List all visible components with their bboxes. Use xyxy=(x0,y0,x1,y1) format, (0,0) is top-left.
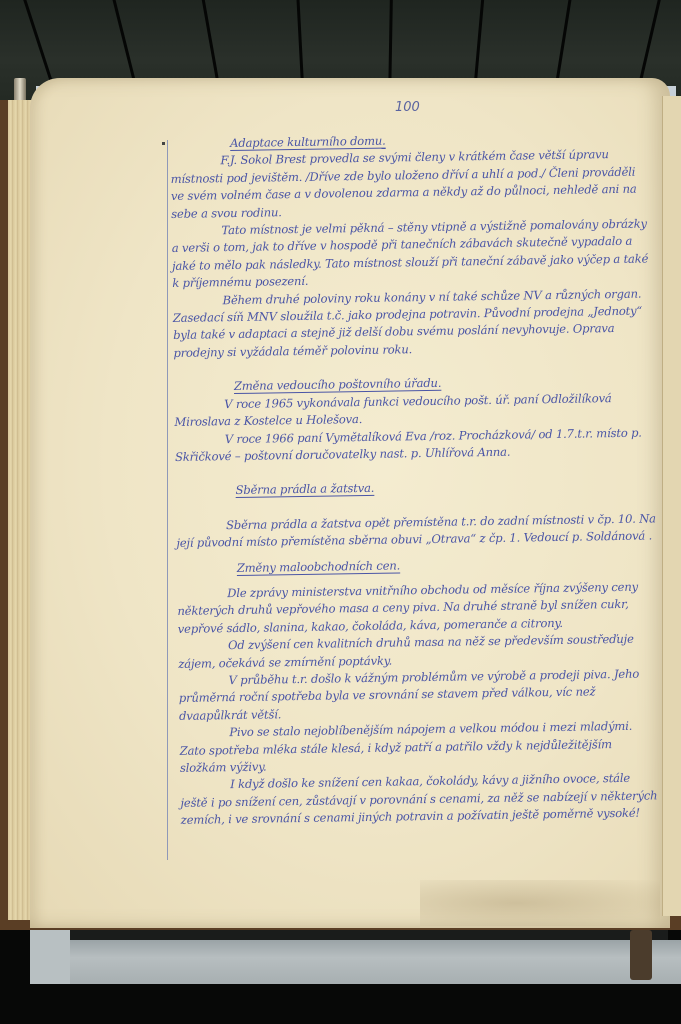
paragraph: Dle zprávy ministerstva vnitřního obchod… xyxy=(177,578,658,638)
paragraph: Tato místnost je velmi pěkná – stěny vti… xyxy=(171,215,652,292)
paragraph: Během druhé poloviny roku konány v ní ta… xyxy=(172,285,653,362)
margin-rule xyxy=(167,140,168,860)
paragraph: I když došlo ke snížení cen kakaa, čokol… xyxy=(180,770,661,830)
handwritten-text: Adaptace kulturního domu. F.J. Sokol Bre… xyxy=(170,128,661,829)
paragraph: V průběhu t.r. došlo k vážným problémům … xyxy=(178,665,659,725)
margin-mark xyxy=(162,142,165,145)
paragraph: Pivo se stalo nejoblíbenějším nápojem a … xyxy=(179,718,660,778)
book-stand xyxy=(30,940,681,984)
page-shadow xyxy=(420,880,660,926)
stand-groove xyxy=(68,928,668,942)
facing-page-edge xyxy=(662,96,681,916)
leather-strap xyxy=(630,930,652,980)
metal-clip xyxy=(14,78,26,102)
page-number: 100 xyxy=(395,100,420,115)
paragraph: F.J. Sokol Brest provedla se svými členy… xyxy=(170,146,651,223)
book-stand-corner xyxy=(30,928,70,984)
